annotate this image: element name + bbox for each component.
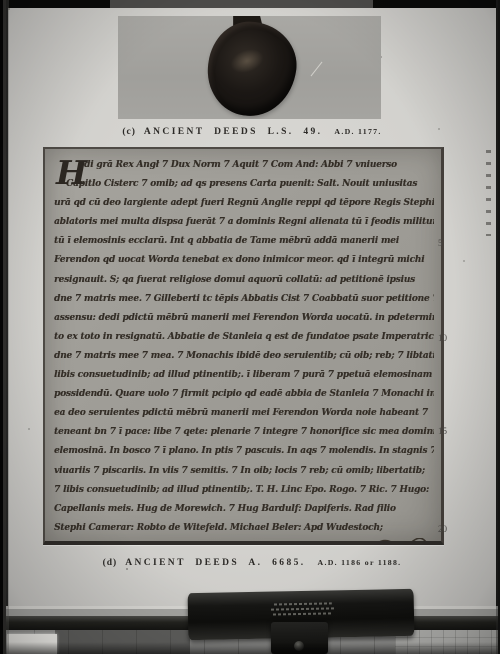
caption-c-label: (c) — [122, 127, 136, 137]
manuscript-line: libis consuetudinib; ad illud ptinentib;… — [54, 366, 434, 385]
manuscript-line: Capitlo Cisterc 7 omib; ad qs presens Ca… — [54, 175, 434, 194]
margin-line-number-20: 20 — [438, 524, 456, 534]
manuscript-photograph: H di grā Rex Angł 7 Dux Norm 7 Aquit 7 C… — [43, 147, 444, 545]
margin-line-number-15: 15 — [438, 426, 456, 436]
scribal-flourish — [372, 538, 428, 545]
manuscript-line: teneant bn 7 ī pace: libe 7 qete: plenar… — [54, 423, 434, 442]
caption-c-title: ANCIENT DEEDS L.S. 49. — [144, 127, 323, 137]
caption-c-date: A.D. 1177. — [334, 127, 381, 136]
manuscript-line: Capellanis meis. Hug de Morewich. 7 Hug … — [54, 500, 434, 519]
manuscript-line: ablatoris mei multa dispsa fuerāt 7 a do… — [54, 213, 434, 232]
stand-background — [0, 606, 500, 654]
photo-left-edge — [0, 0, 9, 654]
book-page: (c)ANCIENT DEEDS L.S. 49.A.D. 1177. H di… — [8, 8, 496, 608]
clamp-emboss-mark — [273, 612, 333, 615]
seal-photograph — [118, 16, 381, 119]
photo-right-edge — [494, 0, 500, 654]
manuscript-line: Ferendon qd uocat Worda tenebat ex dono … — [54, 251, 434, 270]
manuscript-line: resignauit. S; qa fuerat religiose domui… — [54, 271, 434, 290]
caption-deed: (d)ANCIENT DEEDS A. 6685.A.D. 1186 or 11… — [8, 552, 496, 570]
manuscript-line: possidendū. Quare uolo 7 firmit pcipio q… — [54, 385, 434, 404]
manuscript-line: Stephi Camerar: Robto de Witefeld. Micha… — [54, 519, 434, 538]
illuminated-initial: H — [56, 158, 87, 188]
bottom-shadow — [0, 642, 500, 654]
manuscript-line: dne 7 matris mee. 7 Gilleberti tc tēpis … — [54, 290, 434, 309]
margin-line-number-5: 5 — [438, 238, 456, 248]
clamp-emboss-mark — [274, 602, 332, 605]
caption-seal: (c)ANCIENT DEEDS L.S. 49.A.D. 1177. — [8, 121, 496, 139]
manuscript-line: 7 libis consuetudinib; ad illud ptinenti… — [54, 481, 434, 500]
photo-scratch — [311, 62, 323, 77]
margin-line-number-10: 10 — [438, 333, 456, 343]
manuscript-line: ea deo seruientes pdictū mēbrū manerii m… — [54, 404, 434, 423]
caption-d-label: (d) — [103, 558, 118, 568]
manuscript-line: assensu: dedi pdictū mēbrū manerii mei F… — [54, 309, 434, 328]
caption-d-date: A.D. 1186 or 1188. — [318, 558, 402, 567]
plate-edge-marks — [486, 150, 491, 236]
photographic-plate: (c)ANCIENT DEEDS L.S. 49.A.D. 1177. H di… — [0, 0, 500, 654]
manuscript-text-block: H di grā Rex Angł 7 Dux Norm 7 Aquit 7 C… — [54, 156, 434, 537]
manuscript-line: elemosinā. In bosco 7 ī plano. In ptis 7… — [54, 442, 434, 461]
manuscript-line: di grā Rex Angł 7 Dux Norm 7 Aquit 7 Com… — [54, 156, 434, 175]
manuscript-line: tū ī elemosinis ecclarū. Int q abbatia d… — [54, 232, 434, 251]
manuscript-line: dne 7 matris mee 7 mea. 7 Monachis ibidē… — [54, 347, 434, 366]
photo-top-edge-mid — [110, 0, 373, 8]
clamp-emboss-mark — [271, 607, 335, 610]
manuscript-line: urā qd cū deo largiente adept fueri Regn… — [54, 194, 434, 213]
caption-d-title: ANCIENT DEEDS A. 6685. — [125, 558, 305, 568]
manuscript-line: to ex toto in resignatū. Abbatie de Stan… — [54, 328, 434, 347]
manuscript-line: viuariis 7 piscariis. In viis 7 semitis.… — [54, 462, 434, 481]
